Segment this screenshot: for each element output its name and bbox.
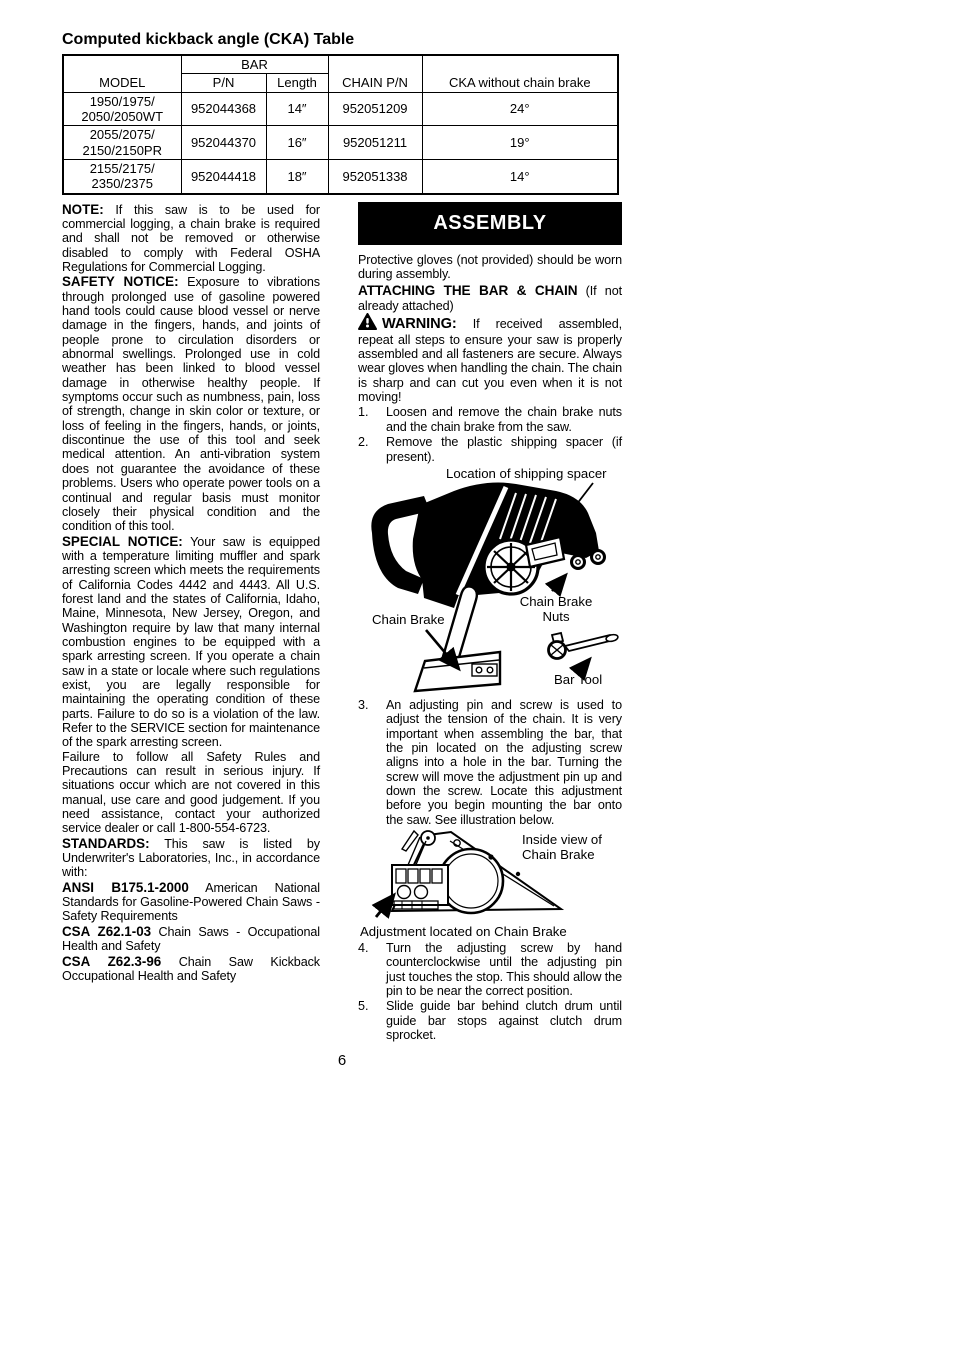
step-number: 4. <box>358 941 386 998</box>
cell-cka: 14° <box>422 159 618 193</box>
special-notice-text: Your saw is equipped with a temperature … <box>62 535 320 750</box>
adjustment-arrow <box>376 896 393 917</box>
assembly-step-3: 3. An adjusting pin and screw is used to… <box>358 698 622 827</box>
table-row: 2055/2075/ 2150/2150PR 952044370 16″ 952… <box>63 126 618 160</box>
step-text: Loosen and remove the chain brake nuts a… <box>386 405 622 434</box>
step-text: Slide guide bar behind clutch drum until… <box>386 999 622 1042</box>
safety-notice-label: SAFETY NOTICE: <box>62 274 179 289</box>
page-number: 6 <box>62 1052 622 1069</box>
chainsaw-parts-figure: Location of shipping spacer Chain Brake … <box>358 467 622 695</box>
col-header-bar: BAR <box>181 55 328 74</box>
nuts-arrow <box>552 576 565 591</box>
warning-label: WARNING: <box>382 316 457 332</box>
csa2-paragraph: CSA Z62.3-96 Chain Saw Kickback Occupati… <box>62 954 320 984</box>
col-header-bar-pn: P/N <box>181 74 266 92</box>
cell-length: 14″ <box>266 92 328 126</box>
cell-chain-pn: 952051211 <box>328 126 422 160</box>
column-gap <box>320 202 358 1043</box>
cell-length: 16″ <box>266 126 328 160</box>
chainsaw-illustration <box>358 467 622 695</box>
step-number: 1. <box>358 405 386 434</box>
cell-model: 2155/2175/ 2350/2375 <box>63 159 181 193</box>
step-text: An adjusting pin and screw is used to ad… <box>386 698 622 827</box>
page-title: Computed kickback angle (CKA) Table <box>62 31 622 49</box>
step-text: Turn the adjusting screw by hand counter… <box>386 941 622 998</box>
table-row: 2155/2175/ 2350/2375 952044418 18″ 95205… <box>63 159 618 193</box>
step-text: Remove the plastic shipping spacer (if p… <box>386 435 622 464</box>
warning-icon <box>358 313 377 330</box>
manual-page: { "colors": {"ink": "#000000", "paper": … <box>0 0 954 1348</box>
csa1-paragraph: CSA Z62.1-03 Chain Saws - Occupational H… <box>62 924 320 954</box>
cell-length: 18″ <box>266 159 328 193</box>
inside-view-label: Inside view of Chain Brake <box>522 833 602 863</box>
cell-model: 2055/2075/ 2150/2150PR <box>63 126 181 160</box>
failure-paragraph: Failure to follow all Safety Rules and P… <box>62 750 320 836</box>
note-label: NOTE: <box>62 202 104 217</box>
cell-bar-pn: 952044418 <box>181 159 266 193</box>
assembly-step-4: 4. Turn the adjusting screw by hand coun… <box>358 941 622 998</box>
csa2-label: CSA Z62.3-96 <box>62 954 161 969</box>
cka-table: MODEL BAR CHAIN P/N CKA without chain br… <box>62 54 619 195</box>
bar-tool <box>549 633 619 659</box>
two-column-layout: NOTE: If this saw is to be used for comm… <box>62 202 622 1043</box>
warning-paragraph: WARNING: If received assembled, repeat a… <box>358 313 622 404</box>
ansi-label: ANSI B175.1-2000 <box>62 880 189 895</box>
cell-bar-pn: 952044368 <box>181 92 266 126</box>
assembly-section-title: ASSEMBLY <box>433 212 546 235</box>
assembly-section-header: ASSEMBLY <box>358 202 622 245</box>
assembly-step-1: 1. Loosen and remove the chain brake nut… <box>358 405 622 434</box>
special-notice-label: SPECIAL NOTICE: <box>62 534 183 549</box>
col-header-chain-pn: CHAIN P/N <box>328 55 422 92</box>
ansi-paragraph: ANSI B175.1-2000 American National Stand… <box>62 880 320 924</box>
csa1-label: CSA Z62.1-03 <box>62 924 151 939</box>
page-content: Computed kickback angle (CKA) Table MODE… <box>62 31 622 1069</box>
cell-cka: 24° <box>422 92 618 126</box>
chain-brake-label: Chain Brake <box>372 613 445 628</box>
cell-chain-pn: 952051338 <box>328 159 422 193</box>
special-notice-paragraph: SPECIAL NOTICE: Your saw is equipped wit… <box>62 534 320 750</box>
table-row: 1950/1975/ 2050/2050WT 952044368 14″ 952… <box>63 92 618 126</box>
gloves-paragraph: Protective gloves (not provided) should … <box>358 253 622 282</box>
note-paragraph: NOTE: If this saw is to be used for comm… <box>62 202 320 275</box>
cell-model: 1950/1975/ 2050/2050WT <box>63 92 181 126</box>
right-column: ASSEMBLY Protective gloves (not provided… <box>358 202 622 1043</box>
chain-brake-nuts-label: Chain Brake Nuts <box>508 595 604 625</box>
adjuster-mechanism <box>392 865 448 909</box>
assembly-step-2: 2. Remove the plastic shipping spacer (i… <box>358 435 622 464</box>
bar-tool-label: Bar Tool <box>554 673 602 688</box>
step-number: 5. <box>358 999 386 1042</box>
cell-bar-pn: 952044370 <box>181 126 266 160</box>
attaching-paragraph: ATTACHING THE BAR & CHAIN (If not alread… <box>358 283 622 313</box>
cell-cka: 19° <box>422 126 618 160</box>
chain-brake-inside-figure: Inside view of Chain Brake <box>358 829 622 923</box>
safety-notice-text: Exposure to vibrations through prolonged… <box>62 275 320 533</box>
standards-label: STANDARDS: <box>62 836 150 851</box>
shipping-spacer-label: Location of shipping spacer <box>446 467 607 482</box>
step-number: 2. <box>358 435 386 464</box>
left-column: NOTE: If this saw is to be used for comm… <box>62 202 320 1043</box>
attaching-heading: ATTACHING THE BAR & CHAIN <box>358 283 577 298</box>
safety-notice-paragraph: SAFETY NOTICE: Exposure to vibrations th… <box>62 274 320 533</box>
step-number: 3. <box>358 698 386 827</box>
cell-chain-pn: 952051209 <box>328 92 422 126</box>
figure-caption: Adjustment located on Chain Brake <box>360 924 622 939</box>
col-header-bar-length: Length <box>266 74 328 92</box>
assembly-step-5: 5. Slide guide bar behind clutch drum un… <box>358 999 622 1042</box>
table-header-row-1: MODEL BAR CHAIN P/N CKA without chain br… <box>63 55 618 74</box>
col-header-cka: CKA without chain brake <box>422 55 618 92</box>
standards-paragraph: STANDARDS: This saw is listed by Underwr… <box>62 836 320 880</box>
col-header-model: MODEL <box>63 55 181 92</box>
